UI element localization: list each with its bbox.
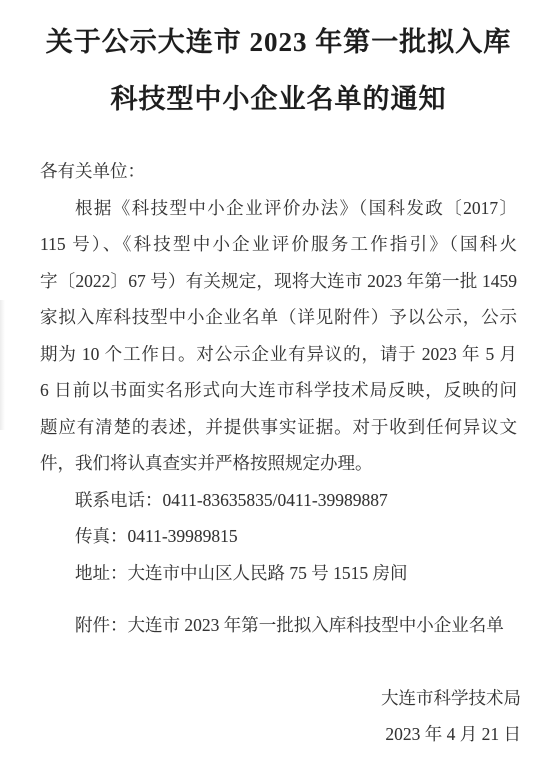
body-line: 件，我们将认真查实并严格按照规定办理。 [40, 445, 517, 482]
notice-body: 各有关单位： 根据《科技型中小企业评价办法》（国科发政〔2017〕 115 号）… [40, 153, 517, 644]
scan-smudge-artifact [0, 300, 5, 430]
document-page: 关于公示大连市 2023 年第一批拟入库 科技型中小企业名单的通知 各有关单位：… [0, 0, 557, 768]
notice-title-line-2: 科技型中小企业名单的通知 [0, 79, 557, 119]
body-line: 根据《科技型中小企业评价办法》（国科发政〔2017〕 [40, 190, 517, 227]
signature-agency: 大连市科学技术局 [0, 680, 521, 716]
body-line: 家拟入库科技型中小企业名单（详见附件）予以公示，公示 [40, 299, 517, 336]
notice-title: 关于公示大连市 2023 年第一批拟入库 科技型中小企业名单的通知 [0, 0, 557, 119]
signature-date: 2023 年 4 月 21 日 [0, 716, 521, 752]
contact-fax: 传真：0411-39989815 [40, 518, 517, 555]
contact-phone: 联系电话：0411-83635835/0411-39989887 [40, 482, 517, 519]
attachment-line: 附件：大连市 2023 年第一批拟入库科技型中小企业名单 [40, 607, 517, 644]
contact-address: 地址：大连市中山区人民路 75 号 1515 房间 [40, 555, 517, 592]
body-line: 题应有清楚的表述，并提供事实证据。对于收到任何异议文 [40, 409, 517, 446]
signature-block: 大连市科学技术局 2023 年 4 月 21 日 [0, 680, 557, 752]
salutation: 各有关单位： [40, 153, 517, 190]
body-line: 6 日前以书面实名形式向大连市科学技术局反映，反映的问 [40, 372, 517, 409]
body-line: 115 号）、《科技型中小企业评价服务工作指引》（国科火 [40, 226, 517, 263]
body-line: 字〔2022〕67 号）有关规定，现将大连市 2023 年第一批 1459 [40, 263, 517, 300]
notice-title-line-1: 关于公示大连市 2023 年第一批拟入库 [0, 22, 557, 62]
body-line: 期为 10 个工作日。对公示企业有异议的，请于 2023 年 5 月 [40, 336, 517, 373]
